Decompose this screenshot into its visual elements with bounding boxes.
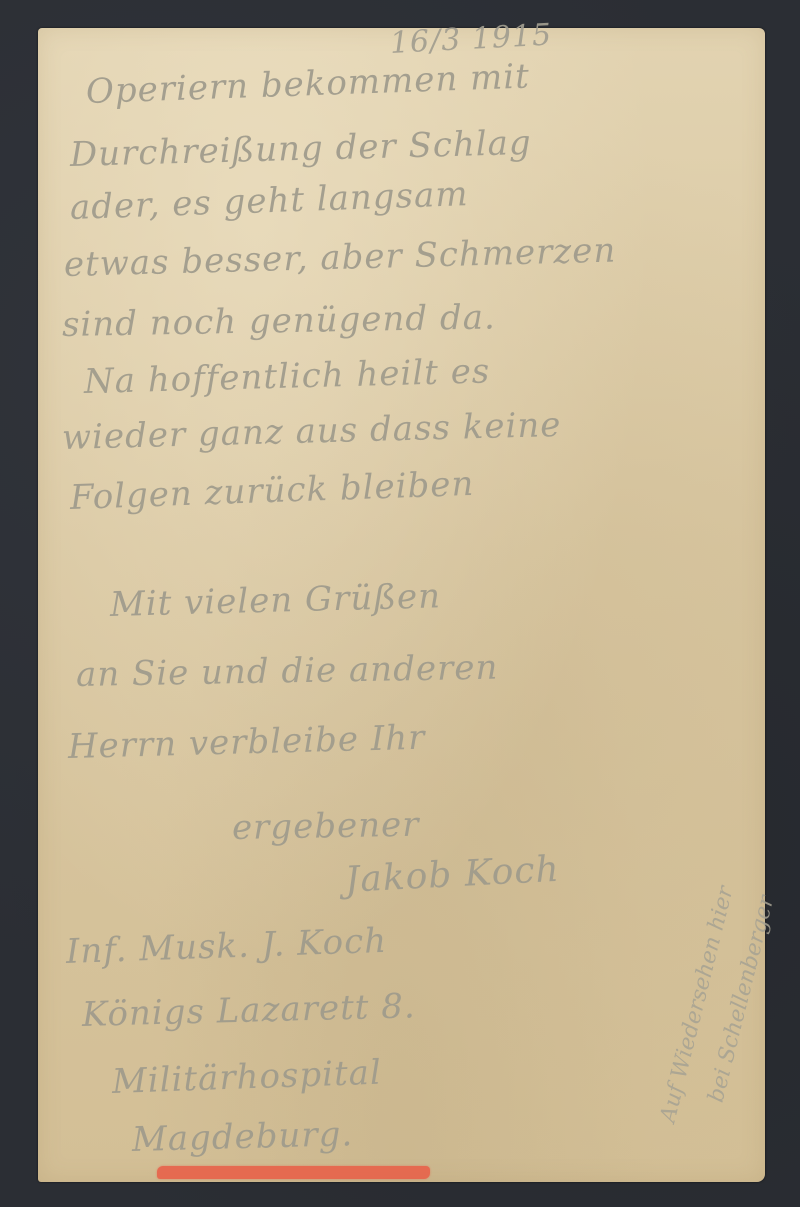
closing-line-4: ergebener — [232, 805, 420, 848]
address-line-4: Magdeburg. — [131, 1114, 353, 1160]
closing-line-2: an Sie und die anderen — [76, 648, 499, 695]
body-line-5: sind noch genügend da. — [62, 297, 496, 345]
red-underline-mark — [157, 1166, 430, 1179]
